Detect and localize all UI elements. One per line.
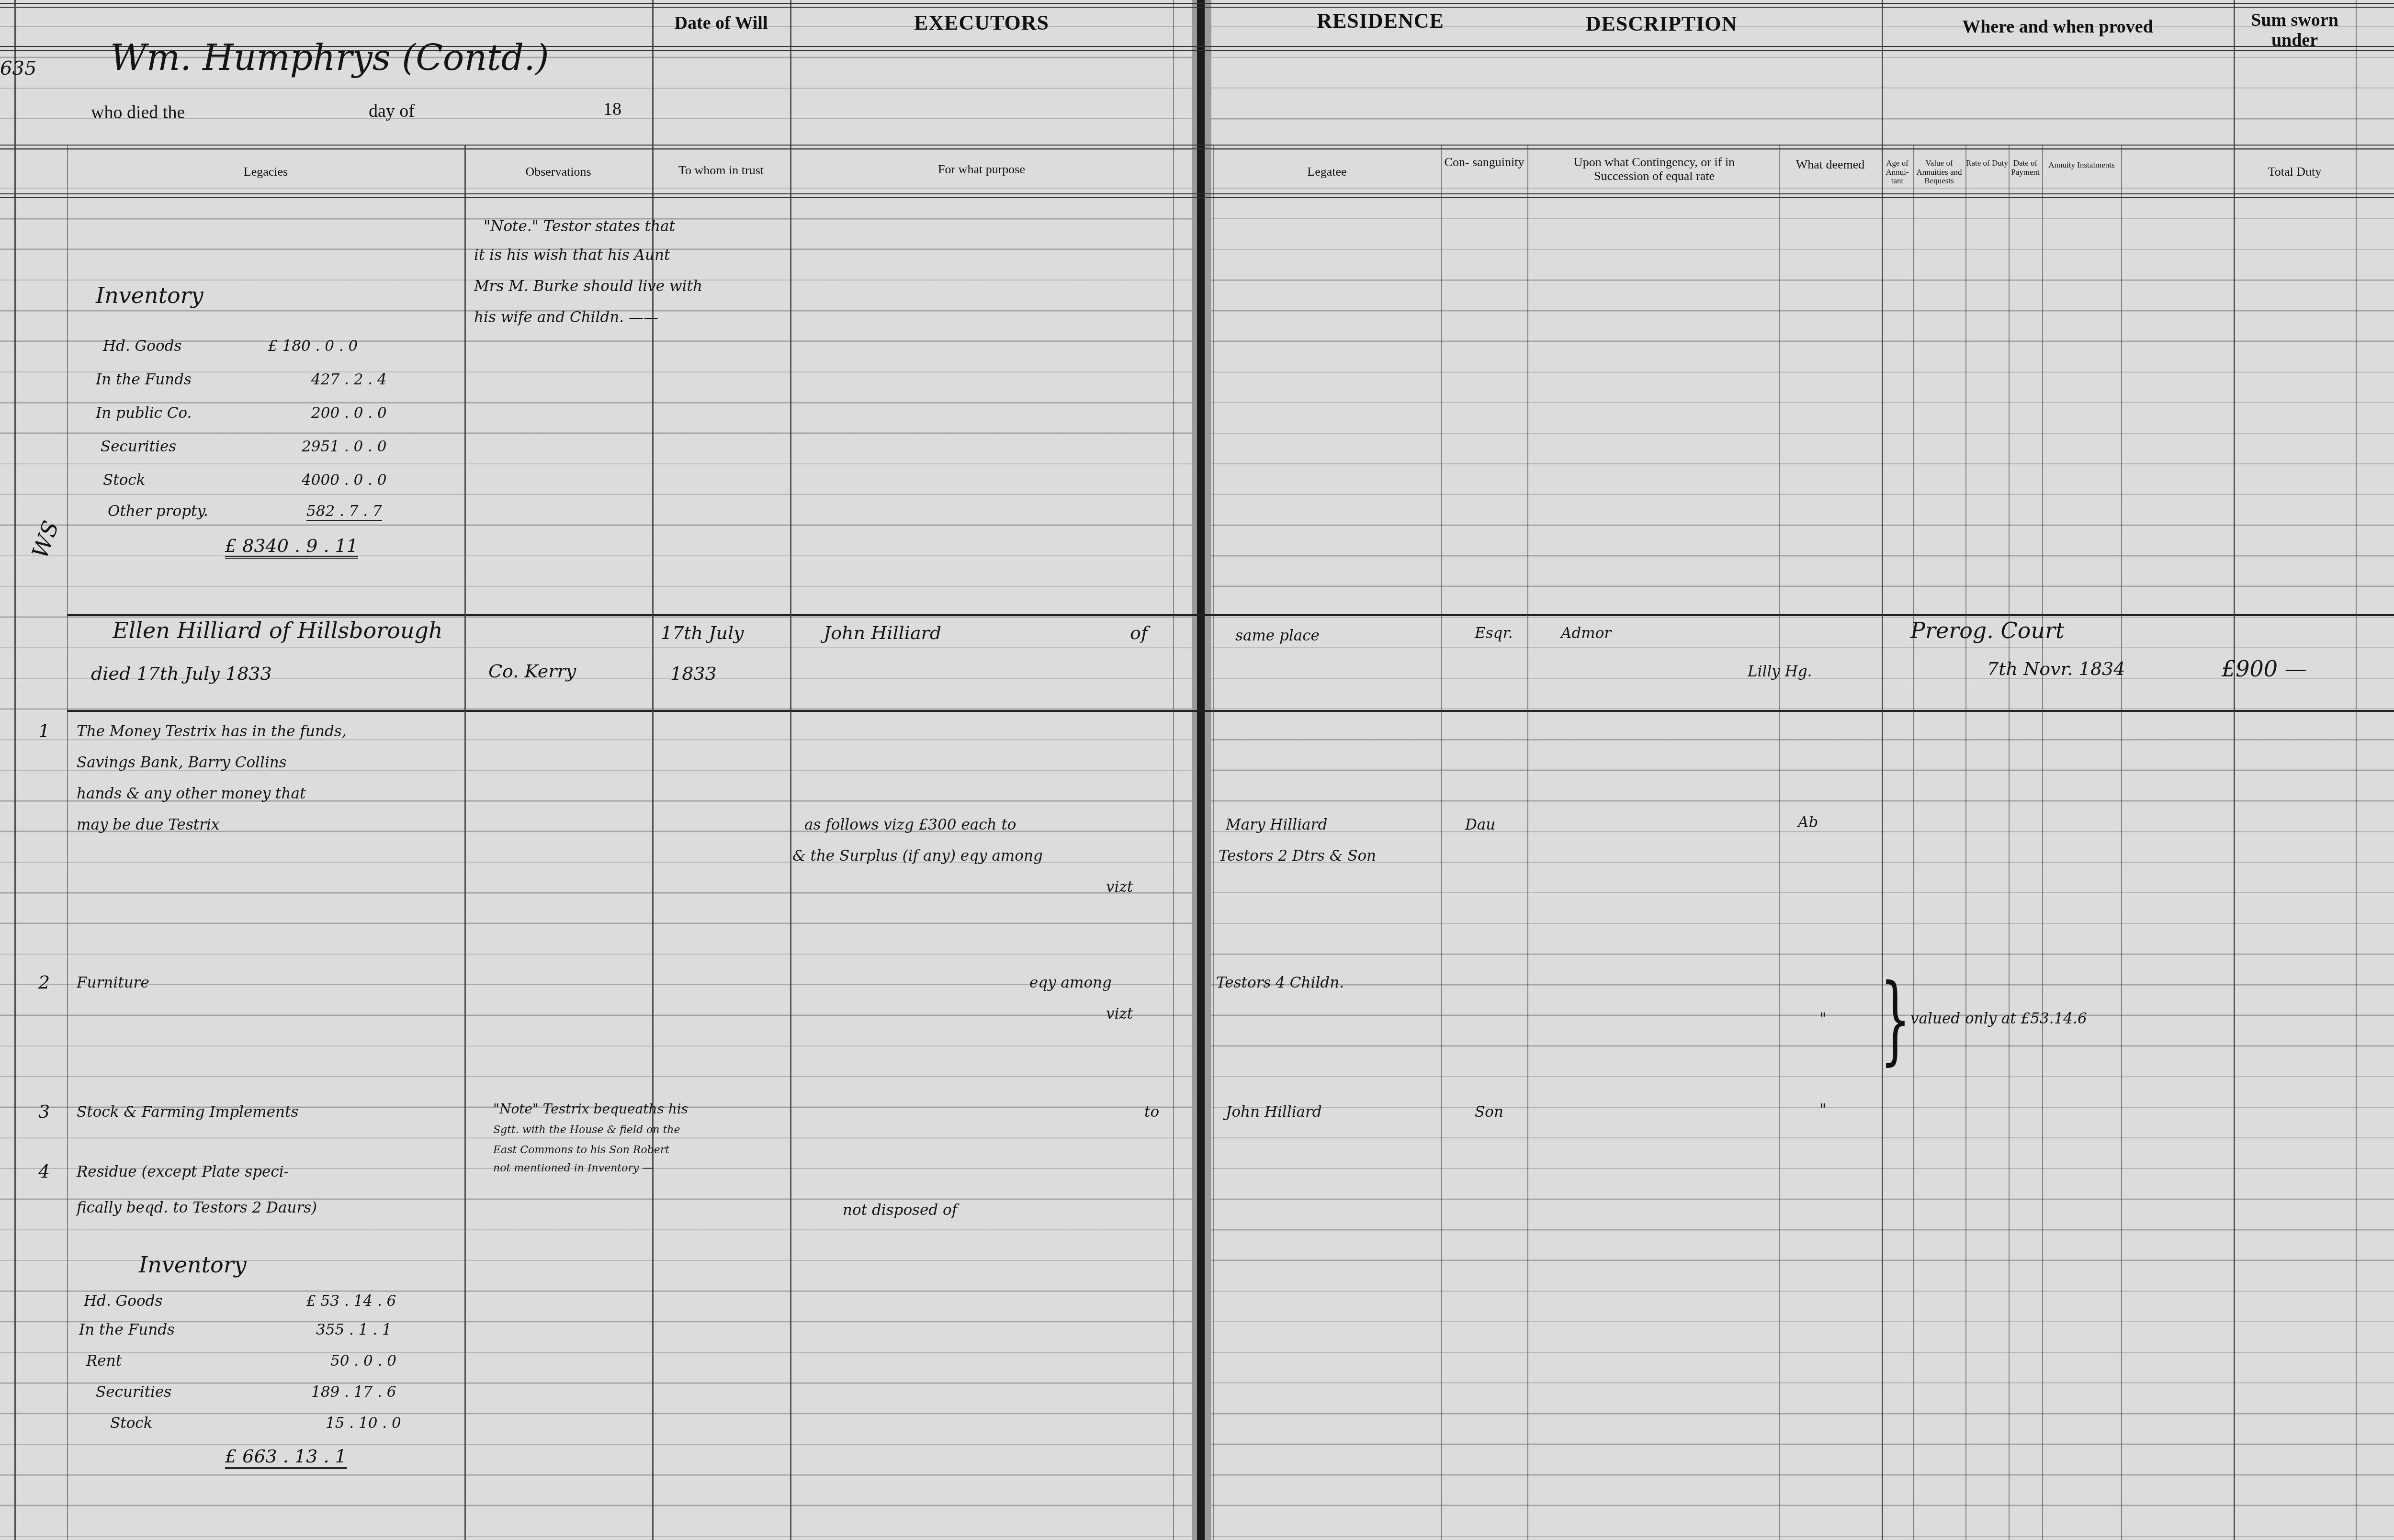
inventory-value: 189 . 17 . 6	[311, 1383, 396, 1401]
col-legatee: Legatee	[1213, 165, 1441, 179]
col-value-of-annuities: Value of Annuities and Bequests	[1913, 159, 1965, 186]
col-annuity-instalments: Annuity Instalments	[2042, 161, 2121, 170]
inventory-item: In the Funds	[96, 371, 192, 388]
col-line-rate	[2009, 145, 2010, 1540]
who-died-label: who died the	[91, 103, 215, 123]
legacy-text: Savings Bank, Barry Collins	[77, 754, 287, 771]
county: Co. Kerry	[488, 661, 576, 682]
legacy-number: 3	[38, 1101, 50, 1122]
legacy-purpose: as follows vizg £300 each to	[804, 816, 1016, 833]
inventory-title: Inventory	[96, 282, 203, 308]
consanguinity: Son	[1475, 1103, 1503, 1121]
inventory-item: In the Funds	[79, 1321, 175, 1338]
inventory-total: £ 663 . 13 . 1	[225, 1446, 347, 1469]
testator-name: Wm. Humphrys (Contd.)	[110, 37, 549, 79]
what-deemed: "	[1819, 1010, 1826, 1027]
consanguinity: Dau	[1465, 816, 1495, 833]
will-date-year: 1833	[670, 663, 717, 684]
legacy-purpose: & the Surplus (if any) eqy among	[792, 847, 1043, 865]
col-line-instalments	[2121, 145, 2122, 1540]
inventory-item: Hd. Goods	[84, 1293, 162, 1310]
col-line-sum-sworn	[2234, 0, 2235, 1540]
inventory-value: 15 . 10 . 0	[326, 1415, 401, 1432]
observation-line: not mentioned in Inventory —	[493, 1162, 653, 1174]
col-line-consanguinity	[1441, 145, 1442, 1540]
col-line-observations	[464, 145, 466, 1540]
proved-court: Prerog. Court	[1910, 618, 2065, 643]
legacy-text: may be due Testrix	[77, 816, 220, 833]
ledger-right-page	[1211, 0, 2394, 1540]
col-contingency: Upon what Contingency, or if in Successi…	[1547, 156, 1762, 183]
legacy-purpose: vizt	[1106, 878, 1133, 896]
inventory-value: 4000 . 0 . 0	[302, 472, 386, 489]
col-line-executors	[790, 0, 791, 1540]
legacy-text: hands & any other money that	[77, 785, 306, 802]
col-line-left-edge	[1173, 0, 1174, 1540]
col-what-deemed: What deemed	[1779, 158, 1882, 172]
legacy-text: The Money Testrix has in the funds,	[77, 723, 347, 740]
col-line-value	[1965, 145, 1966, 1540]
legatee-name: Testors 2 Dtrs & Son	[1219, 847, 1376, 865]
inventory-value: 2951 . 0 . 0	[302, 438, 386, 455]
book-spine	[1192, 0, 1211, 1540]
legacy-purpose: eqy among	[1029, 974, 1112, 991]
margin-line	[14, 0, 16, 1540]
inventory-item: Securities	[96, 1383, 171, 1401]
header-date-of-will: Date of Will	[652, 13, 790, 34]
header-executors: EXECUTORS	[790, 11, 1173, 34]
day-of-label: day of	[369, 101, 445, 122]
legacy-text: Stock & Farming Implements	[77, 1103, 298, 1121]
description: Esqr.	[1475, 625, 1513, 642]
deceased-name: Ellen Hilliard of Hillsborough	[113, 618, 443, 643]
legatee-name: Testors 4 Childn.	[1216, 974, 1344, 991]
legacy-purpose: not disposed of	[843, 1202, 957, 1219]
col-line-right-edge	[1213, 145, 1214, 1540]
legacy-text: Residue (except Plate speci-	[77, 1163, 289, 1180]
col-legacies: Legacies	[67, 165, 464, 179]
legacy-text: fically beqd. to Testors 2 Daurs)	[77, 1199, 317, 1216]
contingency-admor: Admor	[1561, 625, 1611, 642]
proved-date: 7th Novr. 1834	[1987, 658, 2125, 679]
inventory-total: £ 8340 . 9 . 11	[225, 535, 358, 559]
residence: same place	[1235, 627, 1320, 644]
legatee-name: Mary Hilliard	[1226, 816, 1327, 833]
executor-name: John Hilliard	[824, 622, 941, 643]
header-residence: RESIDENCE	[1213, 10, 1548, 33]
date-of-death: died 17th July 1833	[91, 663, 272, 684]
note-line: his wife and Childn. ——	[474, 309, 658, 326]
note-line: "Note." Testor states that	[484, 218, 675, 235]
inventory-item: Rent	[86, 1352, 122, 1370]
header-rule-2	[0, 145, 2394, 149]
entry-separator-2	[67, 710, 2394, 712]
inventory-value: £ 180 . 0 . 0	[268, 337, 358, 355]
col-line-legacies	[67, 145, 68, 1540]
col-line-contingency	[1527, 145, 1528, 1540]
header-description: DESCRIPTION	[1527, 12, 1795, 35]
header-sum-sworn: Sum sworn under	[2234, 11, 2356, 51]
col-line-date-payment	[2042, 145, 2043, 1540]
spine-gutter	[1197, 0, 1205, 1540]
legacy-text: Furniture	[77, 974, 149, 991]
inventory-item: Stock	[110, 1415, 153, 1432]
col-total-duty: Total Duty	[2234, 165, 2356, 179]
inventory-item: Stock	[103, 472, 146, 489]
header-rule-3	[0, 193, 2394, 198]
note-line: it is his wish that his Aunt	[474, 247, 670, 264]
what-deemed: Ab	[1798, 814, 1818, 831]
inventory-item: Hd. Goods	[103, 337, 181, 355]
legacy-purpose: vizt	[1106, 1005, 1133, 1023]
col-date-of-payment: Date of Payment	[2009, 159, 2042, 177]
col-line-proved	[1882, 0, 1883, 1540]
sum-sworn: £900 —	[2222, 656, 2307, 682]
year-prefix-label: 18	[603, 100, 632, 120]
legacy-number: 1	[38, 720, 50, 742]
inventory-value: 582 . 7 . 7	[306, 503, 382, 521]
curly-brace-icon: }	[1880, 972, 1911, 1068]
executor-of: of	[1130, 622, 1148, 643]
inventory-value: 355 . 1 . 1	[316, 1321, 392, 1338]
valuation-note: valued only at £53.14.6	[1910, 1010, 2087, 1027]
inventory-title: Inventory	[139, 1252, 247, 1278]
col-observations: Observations	[464, 165, 652, 179]
legatee-name: John Hilliard	[1226, 1103, 1322, 1121]
top-rule	[0, 3, 2394, 8]
col-line-far-right	[2356, 0, 2357, 1540]
inventory-item: Securities	[101, 438, 176, 455]
legacy-purpose: to	[1144, 1103, 1159, 1121]
inventory-item: Other propty.	[108, 503, 208, 520]
col-consanguinity: Con- sanguinity	[1441, 156, 1527, 169]
inventory-value: 427 . 2 . 4	[311, 371, 387, 388]
observation-line: Sgtt. with the House & field on the	[493, 1124, 680, 1136]
observation-line: East Commons to his Son Robert	[493, 1144, 669, 1156]
entry-number: 635	[0, 57, 36, 79]
inventory-value: £ 53 . 14 . 6	[306, 1293, 396, 1310]
col-rate-of-duty: Rate of Duty	[1965, 159, 2009, 168]
entry-separator-1	[67, 614, 2394, 616]
note-line: Mrs M. Burke should live with	[474, 278, 702, 295]
col-line-what-deemed	[1779, 145, 1780, 1540]
col-line-age	[1913, 145, 1914, 1540]
col-for-what-purpose: For what purpose	[790, 163, 1173, 177]
inventory-value: 200 . 0 . 0	[311, 405, 387, 422]
inventory-value: 50 . 0 . 0	[330, 1352, 396, 1370]
observation-line: "Note" Testrix bequeaths his	[493, 1101, 688, 1117]
what-deemed: Lilly Hg.	[1748, 663, 1812, 680]
col-to-whom-in-trust: To whom in trust	[652, 164, 790, 178]
legacy-number: 2	[38, 972, 50, 993]
header-where-when-proved: Where and when proved	[1882, 17, 2234, 37]
what-deemed: "	[1819, 1101, 1826, 1118]
will-date-day: 17th July	[661, 622, 744, 643]
inventory-item: In public Co.	[96, 405, 192, 422]
legacy-number: 4	[38, 1161, 50, 1182]
col-age-of-annuitant: Age of Annui- tant	[1882, 159, 1913, 186]
